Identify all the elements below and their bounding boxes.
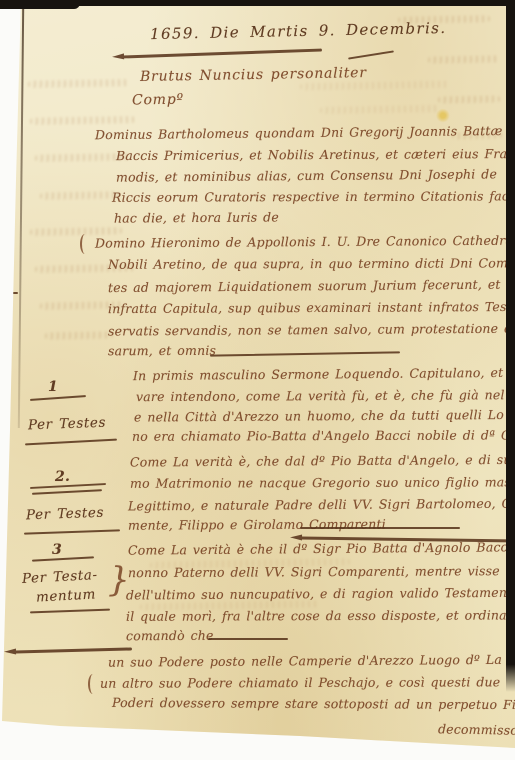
fill-rule <box>208 638 288 640</box>
comparuit-label: Compº <box>132 93 184 108</box>
manuscript-line: vare intendono, come La verità fù, et è,… <box>136 389 515 404</box>
manuscript-line: e nella Città d'Arezzo un huomo, che da … <box>134 408 515 424</box>
margin-flourish <box>30 395 86 401</box>
capitolo-number: 1 <box>48 380 58 394</box>
paragraph-mark <box>88 674 100 694</box>
manuscript-scan: 1659. Die Martis 9. Decembris. Brutus Nu… <box>0 0 515 760</box>
manuscript-line: In primis masculino Sermone Loquendo. Ca… <box>133 366 515 383</box>
bleed-through <box>30 116 135 125</box>
manuscript-line: Riccis eorum Curatoris respective in ter… <box>112 190 515 204</box>
manuscript-line: Dominus Bartholomeus quondam Dni Gregori… <box>95 125 515 142</box>
bleed-through <box>28 79 128 88</box>
manuscript-line: comandò che <box>126 630 214 643</box>
manuscript-line: il quale morì, fra l'altre cose da esso … <box>126 609 515 623</box>
manuscript-line: Legittimo, e naturale Padre delli VV. Si… <box>128 498 515 513</box>
manuscript-line: mo Matrimonio ne nacque Gregorio suo uni… <box>130 476 515 490</box>
subheading: Brutus Nuncius personaliter <box>140 66 367 84</box>
capitolo-number: 2. <box>55 470 70 484</box>
manuscript-line: modis, et nominibus alias, cum Consensu … <box>116 168 497 184</box>
margin-label: Per Testa- <box>22 569 98 586</box>
manuscript-line: no era chiamato Pio-Batta d'Angelo Bacci… <box>132 429 515 443</box>
scan-edge-right <box>506 0 515 692</box>
manuscript-line: servatis servandis, non se tamen salvo, … <box>108 322 515 338</box>
scan-edge-top-left <box>0 0 80 9</box>
manuscript-line: tes ad majorem Liquidationem suorum Juri… <box>108 278 515 295</box>
bleed-through <box>40 191 120 199</box>
margin-flourish <box>24 529 120 534</box>
manuscript-line: infratta Capitula, sup quibus examinari … <box>108 301 515 316</box>
fill-rule <box>300 527 460 529</box>
margin-dash <box>0 292 18 294</box>
manuscript-line: Nobili Aretino, de qua supra, in quo ter… <box>108 257 515 271</box>
capitolo-number: 3 <box>52 543 62 557</box>
bleed-through <box>428 55 500 63</box>
bleed-through <box>45 331 113 339</box>
manuscript-line: Poderi dovessero sempre stare sottoposti… <box>112 697 515 712</box>
manuscript-line: mente, Filippo e Girolamo Comparenti <box>128 518 386 532</box>
manuscript-line: un altro suo Podere chiamato il Peschajo… <box>100 676 500 690</box>
catchword: decommisso <box>438 723 515 737</box>
manuscript-page: 1659. Die Martis 9. Decembris. Brutus Nu… <box>0 0 515 760</box>
manuscript-line: Domino Hieronimo de Appollonis I. U. Dre… <box>95 234 515 250</box>
heading-flourish <box>122 49 322 59</box>
bleed-through <box>320 105 440 114</box>
paper-left-edge <box>18 8 24 428</box>
bleed-through <box>438 95 500 103</box>
heading-flourish-small <box>348 50 394 59</box>
manuscript-line: un suo Podere posto nelle Camperie d'Are… <box>108 653 515 669</box>
margin-flourish <box>25 439 117 446</box>
margin-label: Per Testes <box>26 507 104 523</box>
manuscript-line: dell'ultimo suo nuncupativo, e di ragion… <box>126 587 515 602</box>
manuscript-line: hac die, et hora Iuris de <box>114 211 279 225</box>
fill-rule <box>210 351 400 356</box>
margin-flourish <box>32 489 102 495</box>
margin-label: mentum <box>36 588 97 605</box>
manuscript-line: Come La verità è che il dº Sigr Pio Batt… <box>128 541 512 557</box>
date-heading: 1659. Die Martis 9. Decembris. <box>150 21 447 42</box>
paragraph-mark <box>80 234 92 254</box>
manuscript-line: nonno Paterno delli VV. Sigri Comparenti… <box>128 565 515 580</box>
separator-flourish <box>14 647 132 653</box>
manuscript-line: Come La verità è, che dal dº Pio Batta d… <box>130 453 515 469</box>
margin-label: Per Testes <box>28 417 106 433</box>
margin-flourish <box>30 609 110 614</box>
bleed-through <box>300 81 450 91</box>
manuscript-line: sarum, et omnis <box>108 345 216 358</box>
manuscript-line: Baccis Primicerius, et Nobilis Aretinus,… <box>116 148 515 163</box>
margin-flourish <box>32 556 94 561</box>
